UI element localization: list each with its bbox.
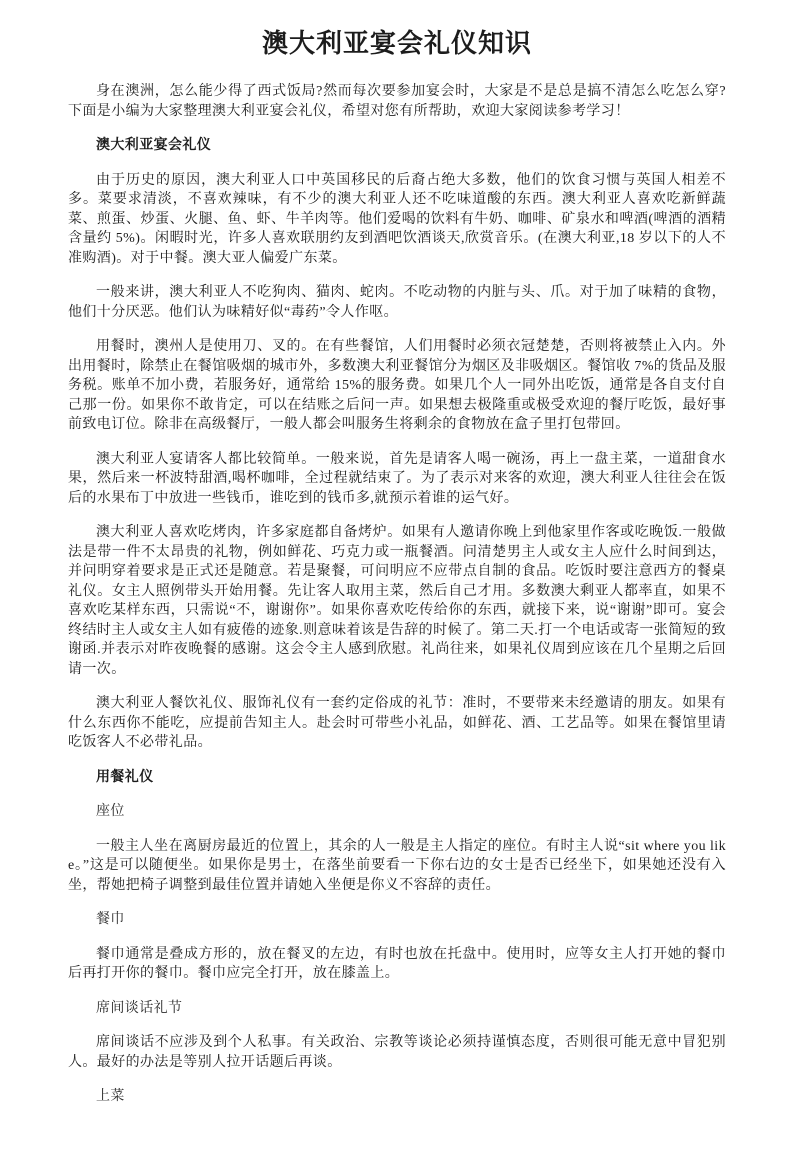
intro-paragraph: 身在澳洲，怎么能少得了西式饭局?然而每次要参加宴会时，大家是不是总是搞不清怎么吃… (68, 82, 726, 121)
section-heading-banquet-etiquette: 澳大利亚宴会礼仪 (68, 136, 726, 156)
sublabel-table-conversation: 席间谈话礼节 (68, 999, 726, 1019)
paragraph-food-habits: 由于历史的原因，澳大利亚人口中英国移民的后裔占绝大多数，他们的饮食习惯与英国人相… (68, 171, 726, 269)
sublabel-serving-dishes: 上菜 (68, 1087, 726, 1107)
sublabel-seating: 座位 (68, 802, 726, 822)
paragraph-table-conversation: 席间谈话不应涉及到个人私事。有关政治、宗教等谈论必须持谨慎态度，否则很可能无意中… (68, 1033, 726, 1072)
paragraph-hosting-guests: 澳大利亚人宴请客人都比较简单。一般来说，首先是请客人喝一碗汤，再上一盘主菜，一道… (68, 450, 726, 509)
section-heading-dining-etiquette: 用餐礼仪 (68, 768, 726, 788)
paragraph-bbq-visiting: 澳大利亚人喜欢吃烤肉，许多家庭都自备烤炉。如果有人邀请你晚上到他家里作客或吃晚饭… (68, 523, 726, 679)
paragraph-food-taboos: 一般来讲，澳大利亚人不吃狗肉、猫肉、蛇肉。不吃动物的内脏与头、爪。对于加了味精的… (68, 283, 726, 322)
paragraph-napkin: 餐巾通常是叠成方形的，放在餐叉的左边，有时也放在托盘中。使用时，应等女主人打开她… (68, 945, 726, 984)
paragraph-restaurant-rules: 用餐时，澳州人是使用刀、叉的。在有些餐馆，人们用餐时必须衣冠楚楚，否则将被禁止入… (68, 337, 726, 435)
document-title: 澳大利亚宴会礼仪知识 (68, 26, 726, 62)
paragraph-seating: 一般主人坐在离厨房最近的位置上，其余的人一般是主人指定的座位。有时主人说“sit… (68, 837, 726, 896)
document-page: 澳大利亚宴会礼仪知识 身在澳洲，怎么能少得了西式饭局?然而每次要参加宴会时，大家… (0, 0, 794, 1162)
sublabel-napkin: 餐巾 (68, 910, 726, 930)
paragraph-gift-etiquette: 澳大利亚人餐饮礼仪、服饰礼仪有一套约定俗成的礼节：准时，不要带来未经邀请的朋友。… (68, 694, 726, 753)
